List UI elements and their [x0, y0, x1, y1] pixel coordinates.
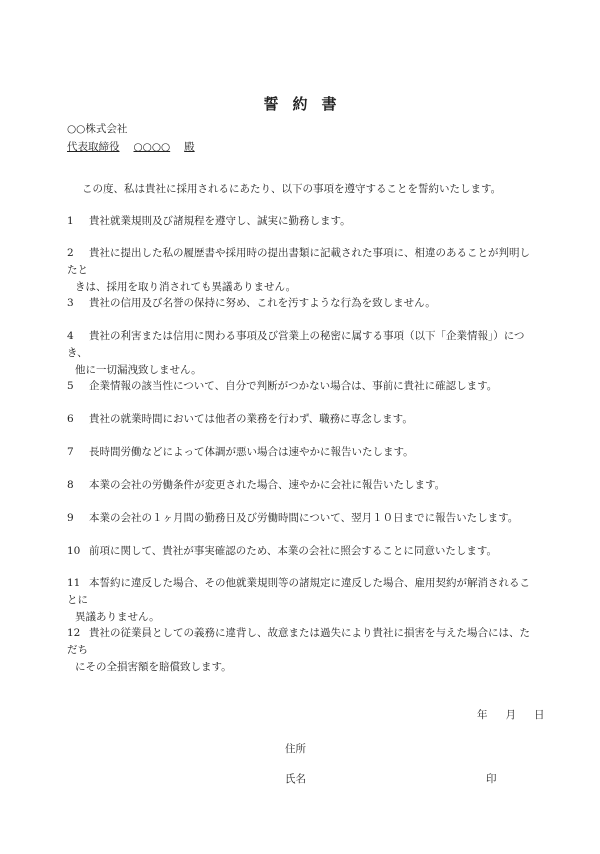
item-text-continued: 異議ありません。 [67, 609, 537, 626]
addressee-block: ○○株式会社 代表取締役○○○○殿 [67, 120, 195, 156]
item-number: 7 [67, 444, 89, 461]
pledge-item: 7長時間労働などによって体調が悪い場合は速やかに報告いたします。 [67, 444, 537, 461]
item-number: 8 [67, 477, 89, 494]
pledge-item: 8本業の会社の労働条件が変更された場合、速やかに会社に報告いたします。 [67, 477, 537, 494]
item-text: 企業情報の該当性について、自分で判断がつかない場合は、事前に貴社に確認します。 [89, 380, 497, 392]
item-text: 貴社の従業員としての義務に違背し、故意または過失により貴社に損害を与えた場合には… [67, 627, 530, 656]
date-line: 年月日 [477, 707, 545, 722]
pledge-item: 4貴社の利害または信用に関わる事項及び営業上の秘密に属する事項（以下「企業情報」… [67, 328, 537, 379]
item-text-continued: 他に一切漏洩致しません。 [67, 362, 537, 379]
seal-label: 印 [486, 771, 497, 786]
item-number: 1 [67, 213, 89, 230]
item-text: 本業の会社の１ヶ月間の勤務日及び労働時間について、翌月１０日までに報告いたします… [89, 512, 518, 524]
item-text: 長時間労働などによって体調が悪い場合は速やかに報告いたします。 [89, 446, 414, 458]
document-page: 誓約書 ○○株式会社 代表取締役○○○○殿 この度、私は貴社に採用されるにあたり… [0, 0, 600, 854]
item-number: 2 [67, 245, 89, 262]
item-text: 貴社の就業時間においては他者の業務を行わず、職務に専念します。 [89, 413, 413, 425]
name-label: 氏名 [285, 771, 306, 786]
date-year: 年 [477, 709, 488, 721]
item-number: 4 [67, 328, 89, 345]
item-text-continued: きは、採用を取り消されても異議ありません。 [67, 279, 537, 296]
item-text: 貴社の利害または信用に関わる事項及び営業上の秘密に属する事項（以下「企業情報」）… [67, 330, 525, 359]
item-number: 3 [67, 295, 89, 312]
intro-paragraph: この度、私は貴社に採用されるにあたり、以下の事項を遵守することを誓約いたします。 [82, 181, 501, 196]
pledge-item: 3貴社の信用及び名誉の保持に努め、これを汚すような行為を致しません。 [67, 295, 537, 312]
pledge-item: 10前項に関して、貴社が事実確認のため、本業の会社に照会することに同意いたします… [67, 543, 537, 560]
item-text-continued: にその全損害額を賠償致します。 [67, 659, 537, 676]
pledge-item: 9本業の会社の１ヶ月間の勤務日及び労働時間について、翌月１０日までに報告いたしま… [67, 510, 537, 527]
addressee-position: 代表取締役 [67, 141, 120, 153]
addressee-honorific: 殿 [184, 141, 195, 153]
address-label: 住所 [285, 741, 306, 756]
date-month: 月 [506, 709, 517, 721]
pledge-item: 11本誓約に違反した場合、その他就業規則等の諸規定に違反した場合、雇用契約が解消… [67, 575, 537, 626]
item-number: 12 [67, 625, 89, 642]
item-text: 前項に関して、貴社が事実確認のため、本業の会社に照会することに同意いたします。 [89, 545, 497, 557]
item-text: 本誓約に違反した場合、その他就業規則等の諸規定に違反した場合、雇用契約が解消され… [67, 577, 530, 606]
item-number: 11 [67, 575, 89, 592]
item-text: 貴社就業規則及び諸規程を遵守し、誠実に勤務します。 [89, 215, 351, 227]
item-number: 10 [67, 543, 89, 560]
pledge-item: 6貴社の就業時間においては他者の業務を行わず、職務に専念します。 [67, 411, 537, 428]
pledge-item: 1貴社就業規則及び諸規程を遵守し、誠実に勤務します。 [67, 213, 537, 230]
item-number: 6 [67, 411, 89, 428]
pledge-item: 5企業情報の該当性について、自分で判断がつかない場合は、事前に貴社に確認します。 [67, 378, 537, 395]
pledge-item: 2貴社に提出した私の履歴書や採用時の提出書類に記載された事項に、相違のあることが… [67, 245, 537, 296]
document-title: 誓約書 [0, 93, 600, 114]
date-day: 日 [534, 709, 545, 721]
item-text: 貴社に提出した私の履歴書や採用時の提出書類に記載された事項に、相違のあることが判… [67, 247, 530, 276]
addressee-name: ○○○○ [134, 141, 171, 153]
item-number: 9 [67, 510, 89, 527]
item-text: 本業の会社の労働条件が変更された場合、速やかに会社に報告いたします。 [89, 479, 445, 491]
item-text: 貴社の信用及び名誉の保持に努め、これを汚すような行為を致しません。 [89, 297, 436, 309]
addressee-company: ○○株式会社 [67, 120, 195, 138]
pledge-item: 12貴社の従業員としての義務に違背し、故意または過失により貴社に損害を与えた場合… [67, 625, 537, 676]
item-number: 5 [67, 378, 89, 395]
addressee-representative: 代表取締役○○○○殿 [67, 138, 195, 156]
